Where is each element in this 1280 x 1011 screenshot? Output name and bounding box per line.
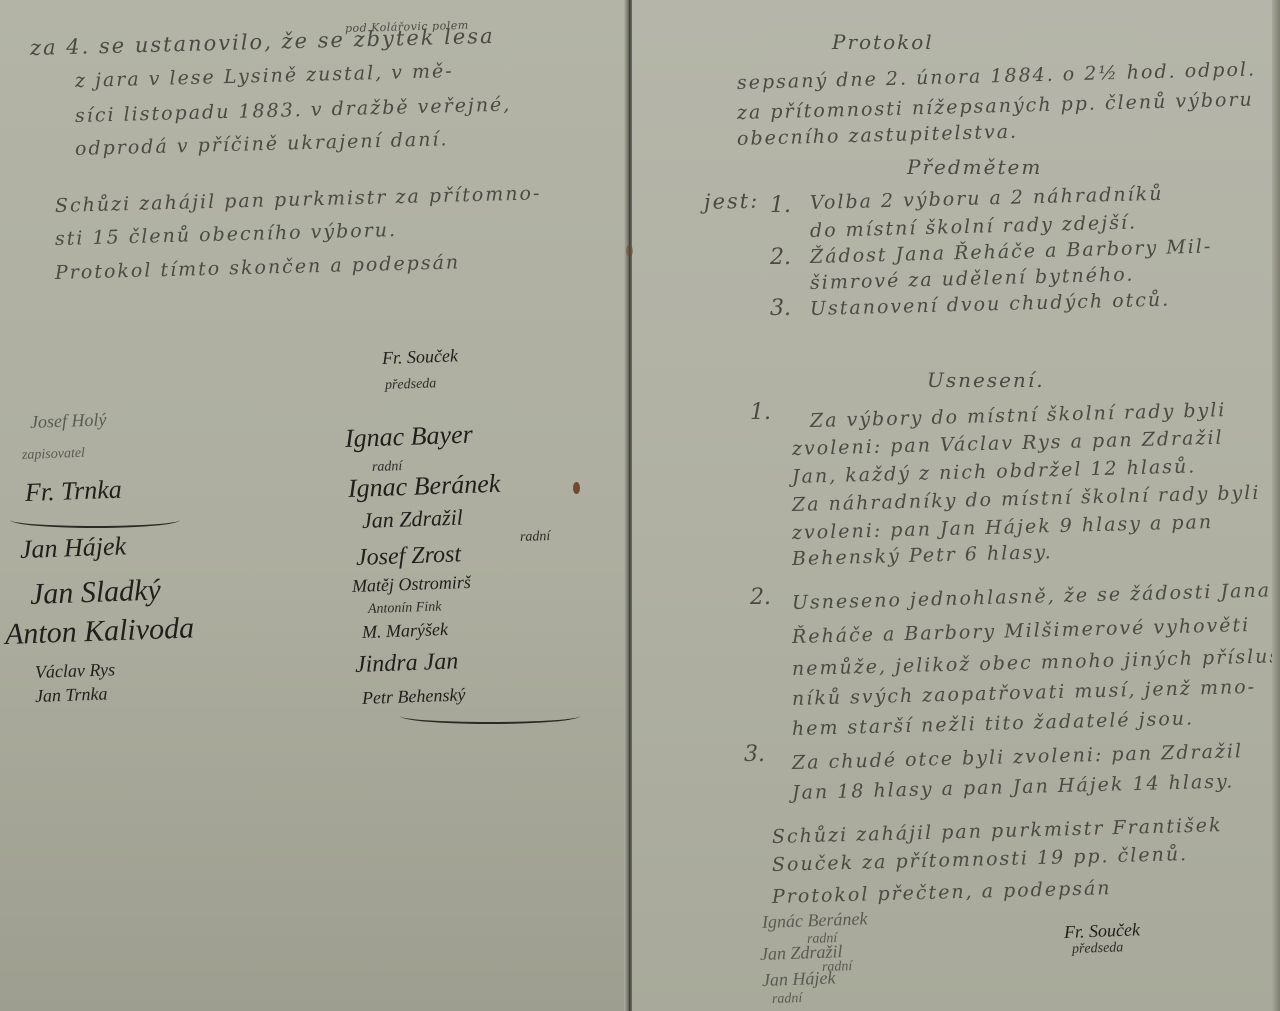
signature-role: radní — [772, 991, 803, 1008]
text-line: Protokol tímto skončen a podepsán — [55, 251, 461, 284]
page-edge — [1272, 0, 1280, 1011]
ink-stain — [626, 245, 633, 257]
signature-role: zapisovatel — [22, 446, 86, 464]
agenda-item: Ustanovení dvou chudých otců. — [810, 289, 1171, 320]
signature: Jan Hájek — [762, 967, 836, 991]
agenda-item: Volba 2 výboru a 2 náhradníků — [810, 183, 1164, 214]
text-line: síci listopadu 1883. v dražbě veřejné, — [75, 94, 512, 127]
ledger-spread: za 4. se ustanovilo, že se zbytek lesa p… — [0, 0, 1280, 1011]
agenda-heading: Předmětem — [907, 155, 1042, 179]
signature-role: radní — [520, 529, 551, 546]
text-line: Protokol přečten, a podepsán — [772, 877, 1112, 908]
signature-flourish — [400, 708, 580, 724]
signature: Anton Kalivoda — [4, 611, 194, 652]
signature: Jan Trnka — [35, 683, 108, 707]
text-line: Souček za přítomnosti 19 pp. členů. — [772, 843, 1189, 876]
text-line: níků svých zaopatřovati musí, jenž mno- — [792, 676, 1257, 710]
agenda-number: 3. — [770, 296, 791, 321]
resolution-number: 2. — [750, 585, 771, 610]
text-line: Jan 18 hlasy a pan Jan Hájek 14 hlasy. — [792, 770, 1235, 804]
signature: Václav Rys — [35, 659, 116, 683]
signature: Josef Zrost — [356, 541, 462, 572]
signature: Ignac Beránek — [347, 469, 500, 504]
text-line: Řeháče a Barbory Milšimerové vyhověti — [792, 614, 1251, 648]
text-line: z jara v lese Lysině zustal, v mě- — [75, 60, 454, 92]
page-title: Protokol — [832, 30, 934, 54]
ink-stain — [573, 482, 580, 494]
signature-role: předseda — [1072, 940, 1124, 958]
agenda-prefix: jest: — [704, 189, 760, 214]
agenda-item: do místní školní rady zdejší. — [810, 211, 1138, 242]
text-line: Za výbory do místní školní rady byli — [810, 399, 1227, 432]
text-line: Schůzi zahájil pan purkmistr František — [772, 814, 1223, 848]
signature: Jan Sladký — [29, 573, 161, 612]
signature-role: předseda — [385, 376, 437, 394]
signature: Ignác Beránek — [762, 908, 868, 933]
signature: Ignac Bayer — [344, 420, 473, 454]
signature: Matěj Ostromirš — [352, 572, 472, 597]
signature: Fr. Trnka — [24, 475, 122, 508]
text-line: Schůzi zahájil pan purkmistr za přítomno… — [55, 182, 542, 217]
signature: Jan Hájek — [19, 531, 126, 565]
agenda-number: 1. — [770, 193, 791, 218]
signature: Josef Holý — [30, 409, 107, 433]
agenda-number: 2. — [770, 245, 791, 270]
text-line: hem starší nežli tito žadatelé jsou. — [792, 707, 1195, 740]
text-line: sti 15 členů obecního výboru. — [55, 219, 398, 250]
signature: Antonín Fink — [368, 599, 442, 618]
signature: Fr. Souček — [382, 345, 459, 369]
text-line: obecního zastupitelstva. — [737, 121, 1019, 150]
text-line: za přítomnosti nížepsaných pp. členů výb… — [737, 88, 1254, 124]
signature: Jan Zdražil — [362, 504, 464, 534]
signature: M. Marýšek — [362, 619, 449, 643]
signature-flourish — [10, 512, 180, 528]
resolution-number: 1. — [750, 400, 771, 425]
text-line: nemůže, jelikož obec mnoho jiných příslu… — [792, 645, 1280, 680]
resolution-number: 3. — [744, 742, 765, 767]
agenda-item: šimrové za udělení bytného. — [810, 264, 1135, 294]
text-line: odprodá v příčině ukrajení daní. — [75, 128, 449, 160]
left-page: za 4. se ustanovilo, že se zbytek lesa p… — [0, 0, 628, 1011]
signature: Jindra Jan — [355, 648, 459, 679]
resolutions-heading: Usnesení. — [927, 368, 1045, 392]
text-line: zvoleni: pan Jan Hájek 9 hlasy a pan — [792, 511, 1214, 544]
text-line: Usneseno jednohlasně, že se žádosti Jana — [792, 579, 1272, 614]
text-line: zvoleni: pan Václav Rys a pan Zdražil — [792, 427, 1224, 460]
signature: Fr. Souček — [1064, 919, 1141, 943]
right-page: Protokol sepsaný dne 2. února 1884. o 2½… — [632, 0, 1280, 1011]
text-line: sepsaný dne 2. února 1884. o 2½ hod. odp… — [737, 58, 1257, 94]
signature: Petr Behenský — [362, 684, 466, 709]
text-line: Za chudé otce byli zvoleni: pan Zdražil — [792, 740, 1244, 774]
text-line: Jan, každý z nich obdržel 12 hlasů. — [792, 455, 1197, 488]
text-line: Behenský Petr 6 hlasy. — [792, 541, 1053, 570]
